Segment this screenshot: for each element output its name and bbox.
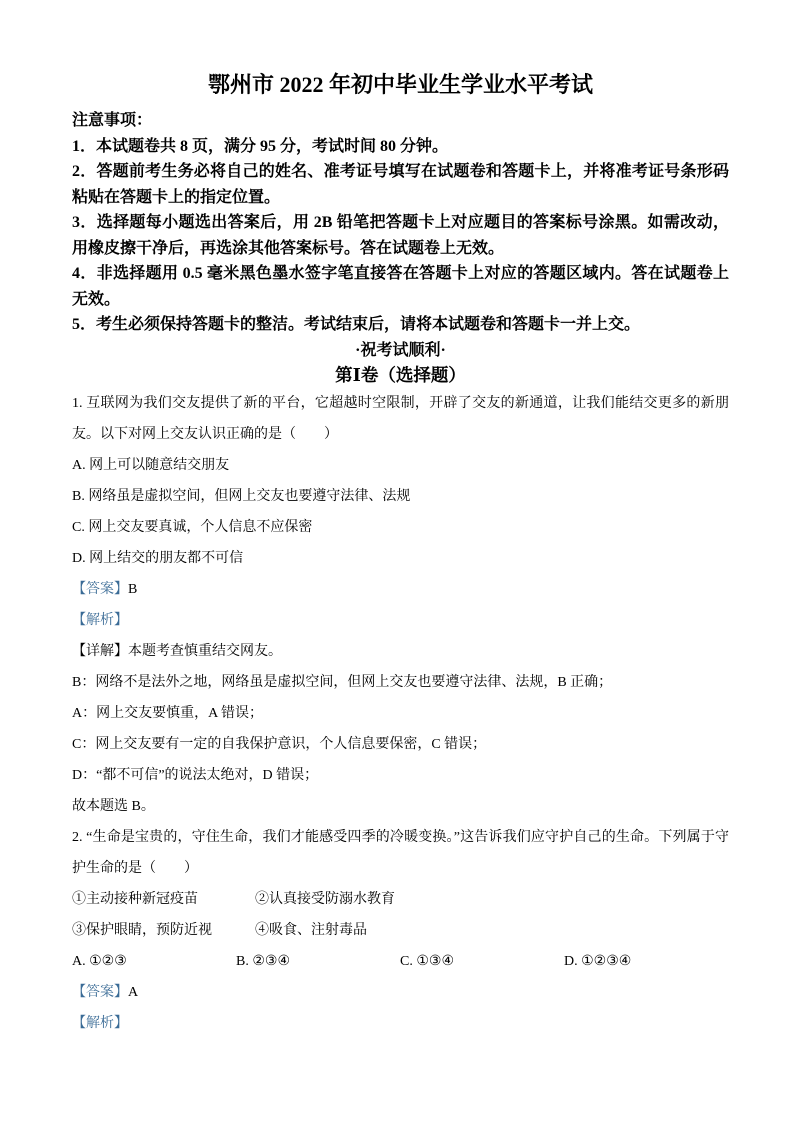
question-2-item-2: ②认真接受防溺水教育 <box>255 884 395 915</box>
question-2-item-1: ①主动接种新冠疫苗 <box>72 884 255 915</box>
section-title: 第Ⅰ卷（选择题） <box>72 363 729 388</box>
notice-item-5: 5．考生必须保持答题卡的整洁。考试结束后，请将本试题卷和答题卡一并上交。 <box>72 312 729 338</box>
question-1-option-b: B. 网络虽是虚拟空间，但网上交友也要遵守法律、法规 <box>72 481 729 512</box>
question-2-answer-line: 【答案】A <box>72 977 729 1008</box>
question-1-explanation-a: A：网上交友要慎重，A 错误； <box>72 698 729 729</box>
question-1-conclusion: 故本题选 B。 <box>72 791 729 822</box>
question-2-option-b: B. ②③④ <box>236 946 400 977</box>
notice-section: 注意事项： 1．本试题卷共 8 页，满分 95 分，考试时间 80 分钟。 2．… <box>72 108 729 338</box>
answer-value: B <box>128 582 137 597</box>
analysis-label: 【解析】 <box>72 1016 128 1031</box>
question-1-analysis-line: 【解析】 <box>72 605 729 636</box>
detail-text: 本题考查慎重结交网友。 <box>128 644 282 659</box>
question-1-explanation-d: D：“都不可信”的说法太绝对，D 错误； <box>72 760 729 791</box>
question-1-option-a: A. 网上可以随意结交朋友 <box>72 450 729 481</box>
question-1-stem: 1. 互联网为我们交友提供了新的平台，它超越时空限制，开辟了交友的新通道，让我们… <box>72 388 729 450</box>
question-2-items-row-1: ①主动接种新冠疫苗②认真接受防溺水教育 <box>72 884 729 915</box>
question-2-stem: 2. “生命是宝贵的，守住生命，我们才能感受四季的冷暖变换。”这告诉我们应守护自… <box>72 822 729 884</box>
notice-heading: 注意事项： <box>72 108 729 134</box>
question-2-analysis-line: 【解析】 <box>72 1008 729 1039</box>
detail-label: 【详解】 <box>72 644 128 659</box>
question-2-option-c: C. ①③④ <box>400 946 564 977</box>
analysis-label: 【解析】 <box>72 613 128 628</box>
answer-label: 【答案】 <box>72 985 128 1000</box>
notice-item-4: 4．非选择题用 0.5 毫米黑色墨水签字笔直接答在答题卡上对应的答题区域内。答在… <box>72 261 729 312</box>
answer-value: A <box>128 985 138 1000</box>
question-2-option-d: D. ①②③④ <box>564 954 631 969</box>
question-1-option-d: D. 网上结交的朋友都不可信 <box>72 543 729 574</box>
question-2-items-row-2: ③保护眼睛，预防近视④吸食、注射毒品 <box>72 915 729 946</box>
notice-item-1: 1．本试题卷共 8 页，满分 95 分，考试时间 80 分钟。 <box>72 134 729 160</box>
exam-document-page: 鄂州市 2022 年初中毕业生学业水平考试 注意事项： 1．本试题卷共 8 页，… <box>0 0 793 1122</box>
question-2-item-4: ④吸食、注射毒品 <box>255 915 367 946</box>
page-title: 鄂州市 2022 年初中毕业生学业水平考试 <box>72 70 729 100</box>
blessing-line: ·祝考试顺利· <box>72 338 729 363</box>
answer-label: 【答案】 <box>72 582 128 597</box>
notice-item-3: 3．选择题每小题选出答案后，用 2B 铅笔把答题卡上对应题目的答案标号涂黑。如需… <box>72 210 729 261</box>
question-1-explanation-c: C：网上交友要有一定的自我保护意识，个人信息要保密，C 错误； <box>72 729 729 760</box>
question-2-options-row: A. ①②③B. ②③④C. ①③④D. ①②③④ <box>72 946 729 977</box>
question-1-option-c: C. 网上交友要真诚，个人信息不应保密 <box>72 512 729 543</box>
questions-body: 1. 互联网为我们交友提供了新的平台，它超越时空限制，开辟了交友的新通道，让我们… <box>72 388 729 1039</box>
question-1-detail-line: 【详解】本题考查慎重结交网友。 <box>72 636 729 667</box>
question-1-explanation-b: B：网络不是法外之地，网络虽是虚拟空间，但网上交友也要遵守法律、法规，B 正确； <box>72 667 729 698</box>
notice-item-2: 2．答题前考生务必将自己的姓名、准考证号填写在试题卷和答题卡上，并将准考证号条形… <box>72 159 729 210</box>
question-2-option-a: A. ①②③ <box>72 946 236 977</box>
question-1-answer-line: 【答案】B <box>72 574 729 605</box>
question-2-item-3: ③保护眼睛，预防近视 <box>72 915 255 946</box>
